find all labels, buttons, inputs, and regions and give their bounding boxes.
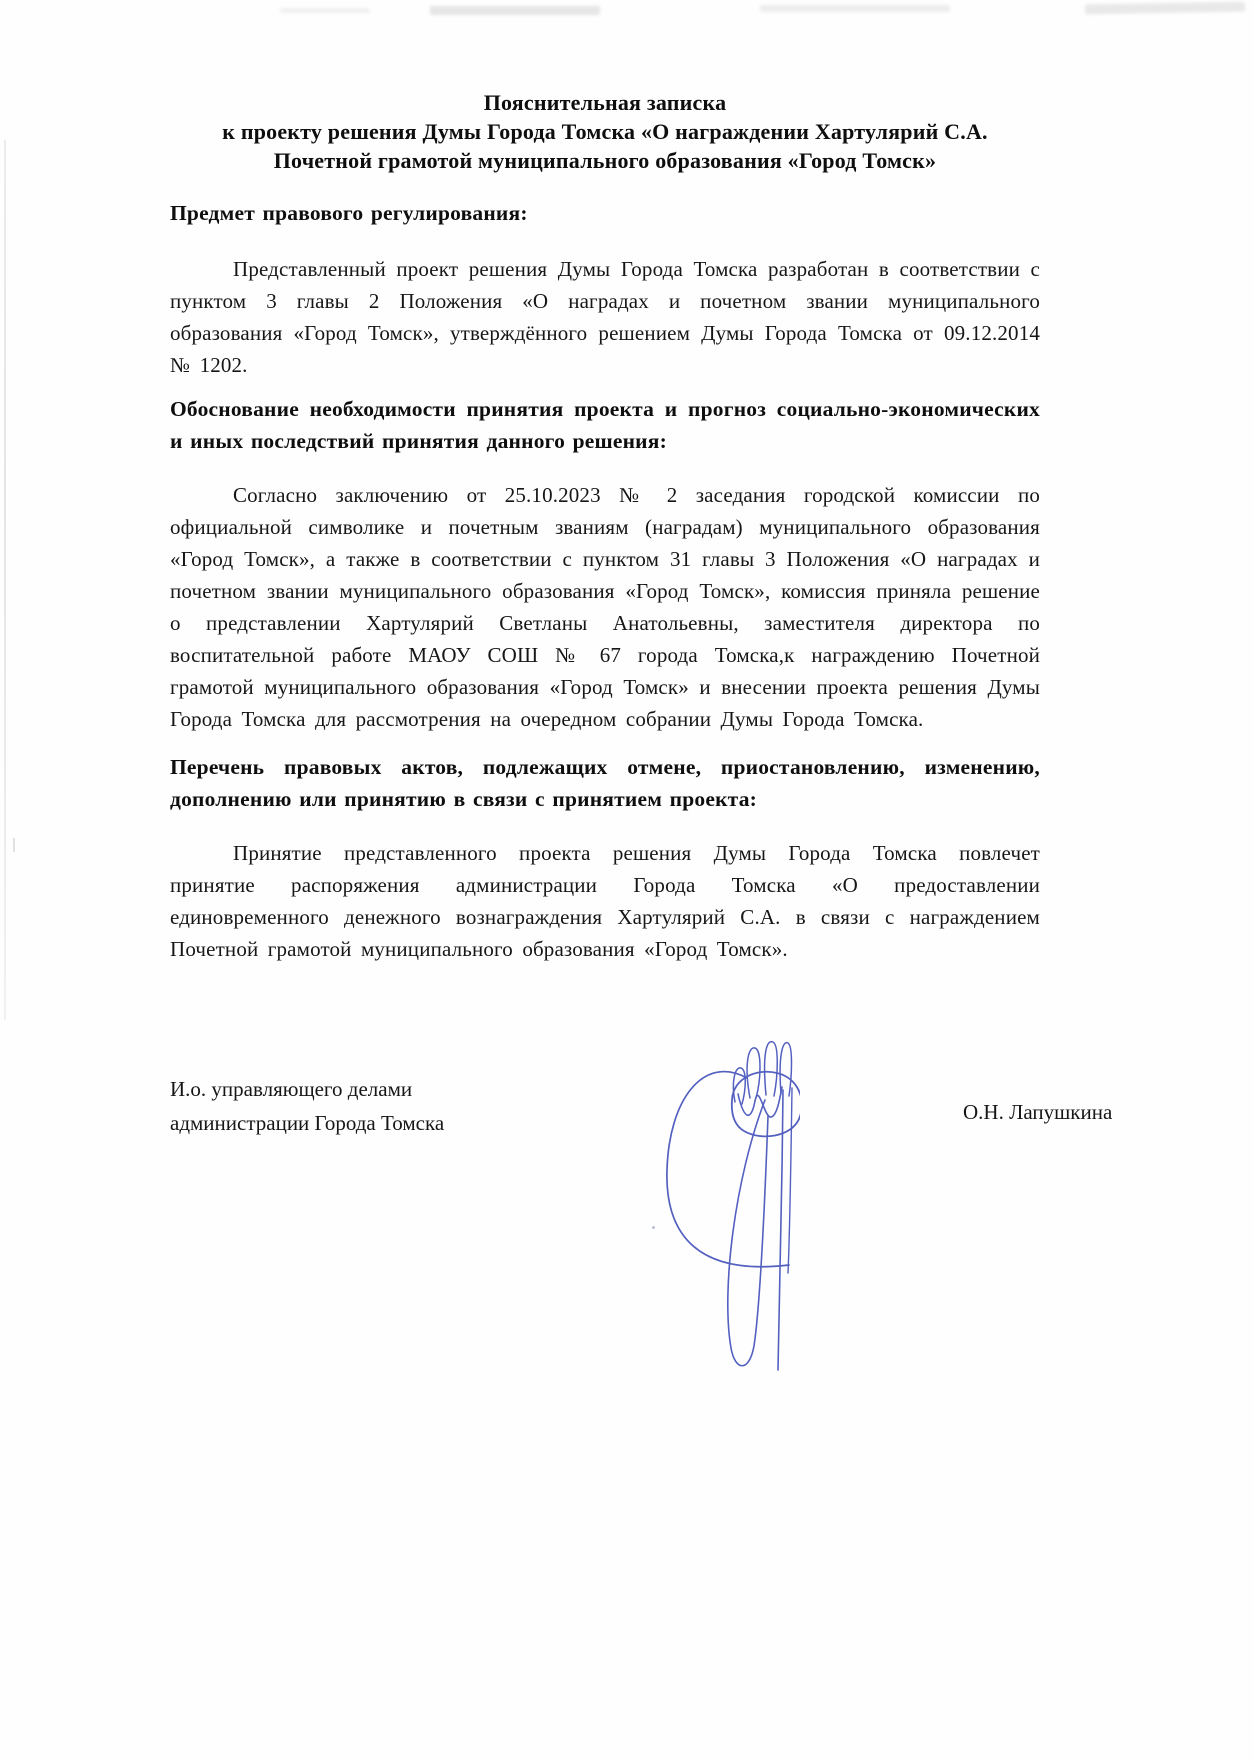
signatory-position: И.о. управляющего делами администрации Г…	[170, 1072, 444, 1140]
scanned-document-page: Пояснительная записка к проекту решения …	[0, 0, 1253, 1760]
scan-edge-mark	[13, 838, 15, 852]
signature-ink-strokes	[585, 1038, 800, 1383]
ink-speck	[652, 1226, 655, 1229]
scan-artifact	[1085, 2, 1245, 15]
paragraph-subject: Представленный проект решения Думы Город…	[170, 253, 1040, 381]
title-line-2: к проекту решения Думы Города Томска «О …	[170, 117, 1040, 146]
title-line-3: Почетной грамотой муниципального образов…	[170, 146, 1040, 175]
handwritten-signature	[585, 1038, 800, 1383]
scan-edge-line	[4, 140, 6, 1020]
title-line-1: Пояснительная записка	[170, 88, 1040, 117]
signatory-name: О.Н. Лапушкина	[963, 1100, 1112, 1125]
paragraph-justification: Согласно заключению от 25.10.2023 № 2 за…	[170, 479, 1040, 735]
section-heading-subject: Предмет правового регулирования:	[170, 197, 1040, 229]
signatory-position-line-1: И.о. управляющего делами	[170, 1072, 444, 1106]
signatory-position-line-2: администрации Города Томска	[170, 1106, 444, 1140]
section-heading-acts-list: Перечень правовых актов, подлежащих отме…	[170, 751, 1040, 815]
paragraph-acts-list: Принятие представленного проекта решения…	[170, 837, 1040, 965]
document-title: Пояснительная записка к проекту решения …	[170, 88, 1040, 175]
document-body: Пояснительная записка к проекту решения …	[170, 0, 1040, 977]
section-heading-justification: Обоснование необходимости принятия проек…	[170, 393, 1040, 457]
